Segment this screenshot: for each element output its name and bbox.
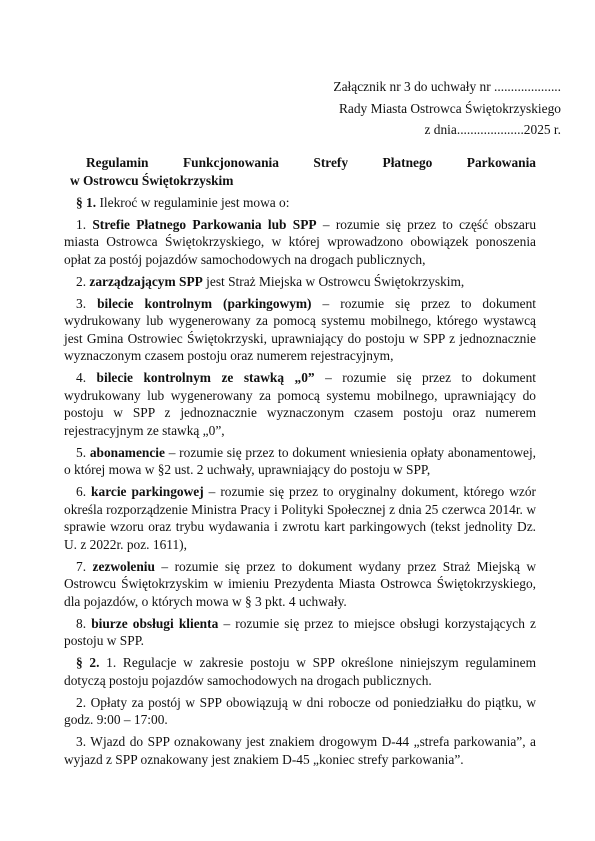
date-line: z dnia....................2025 r. (333, 119, 561, 141)
section-2-item: 2. Opłaty za postój w SPP obowiązują w d… (64, 694, 536, 729)
definition-term: abonamencie (90, 445, 165, 460)
definition-item: 5. abonamencie – rozumie się przez to do… (64, 444, 536, 479)
section-label: § 1. (76, 195, 96, 210)
definition-item: 3. bilecie kontrolnym (parkingowym) – ro… (64, 295, 536, 365)
definition-item: 6. karcie parkingowej – rozumie się prze… (64, 483, 536, 553)
definition-item: 4. bilecie kontrolnym ze stawką „0” – ro… (64, 369, 536, 439)
definition-item: 7. zezwoleniu – rozumie się przez to dok… (64, 558, 536, 611)
section-2-item: 3. Wjazd do SPP oznakowany jest znakiem … (64, 733, 536, 768)
definition-term: biurze obsługi klienta (91, 616, 218, 631)
title-line-2: w Ostrowcu Świętokrzyskim (64, 172, 536, 190)
definition-term: zarządzającym SPP (89, 274, 202, 289)
section-2-item: § 2. 1. Regulacje w zakresie postoju w S… (64, 654, 536, 689)
document-body: Regulamin Funkcjonowania Strefy Płatnego… (64, 154, 536, 768)
definition-item: 8. biurze obsługi klienta – rozumie się … (64, 615, 536, 650)
definition-item: 2. zarządzającym SPP jest Straż Miejska … (64, 273, 536, 291)
annex-line: Załącznik nr 3 do uchwały nr ...........… (333, 76, 561, 98)
definition-term: zezwoleniu (93, 559, 155, 574)
definition-term: bilecie kontrolnym ze stawką „0” (97, 370, 315, 385)
definition-term: karcie parkingowej (91, 484, 204, 499)
definition-term: bilecie kontrolnym (parkingowym) (97, 296, 311, 311)
definition-term: Strefie Płatnego Parkowania lub SPP (92, 217, 316, 232)
document-page: Załącznik nr 3 do uchwały nr ...........… (0, 0, 595, 841)
section-label: § 2. (76, 655, 99, 670)
title-line-1: Regulamin Funkcjonowania Strefy Płatnego… (64, 154, 536, 172)
annex-header: Załącznik nr 3 do uchwały nr ...........… (333, 76, 561, 141)
definition-item: 1. Strefie Płatnego Parkowania lub SPP –… (64, 216, 536, 269)
document-title: Regulamin Funkcjonowania Strefy Płatnego… (64, 154, 536, 189)
section-1-intro: § 1. Ilekroć w regulaminie jest mowa o: (64, 194, 536, 212)
council-line: Rady Miasta Ostrowca Świętokrzyskiego (333, 98, 561, 120)
